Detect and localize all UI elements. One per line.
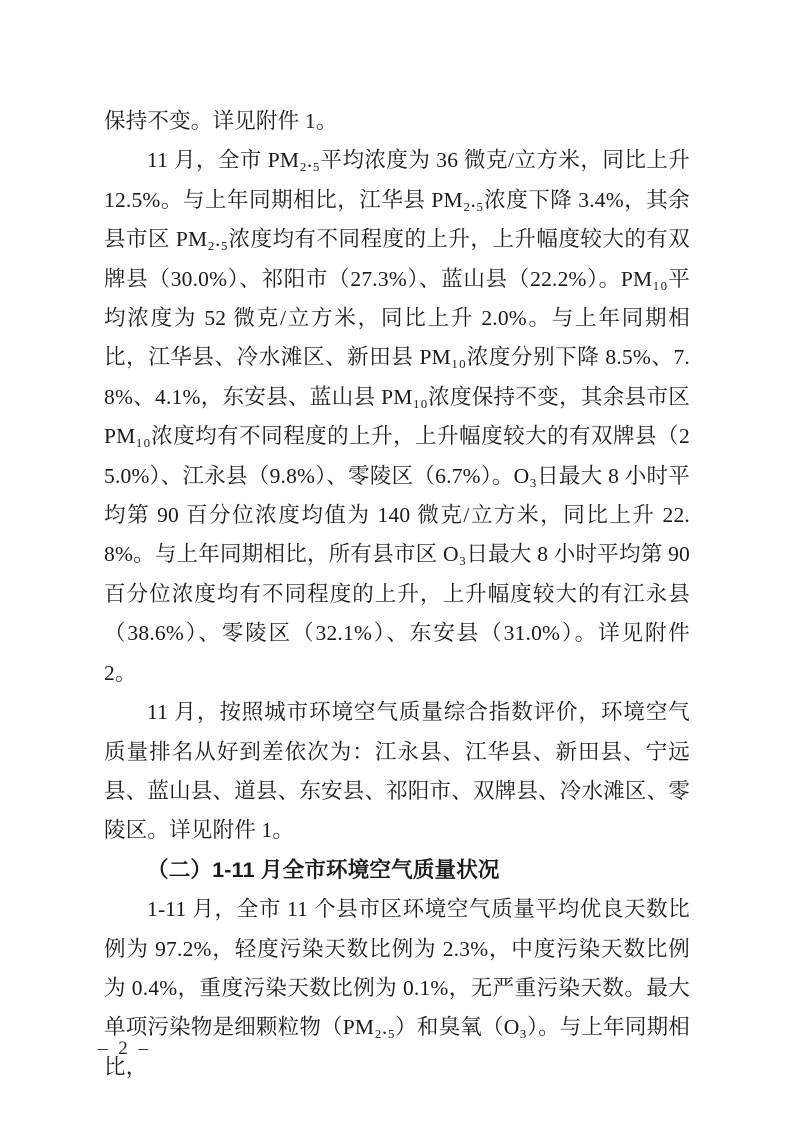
page-footer: – 2 – — [98, 1038, 151, 1060]
document-body: 保持不变。详见附件 1。 11 月，全市 PM₂.₅平均浓度为 36 微克/立方… — [104, 102, 690, 1087]
paragraph-continuation: 保持不变。详见附件 1。 — [104, 102, 690, 141]
document-page: 保持不变。详见附件 1。 11 月，全市 PM₂.₅平均浓度为 36 微克/立方… — [0, 0, 793, 1122]
paragraph-november-concentrations: 11 月，全市 PM₂.₅平均浓度为 36 微克/立方米，同比上升 12.5%。… — [104, 141, 690, 693]
page-number: – 2 – — [98, 1038, 151, 1059]
paragraph-november-ranking: 11 月，按照城市环境空气质量综合指数评价，环境空气质量排名从好到差依次为：江永… — [104, 693, 690, 851]
section-heading: （二）1-11 月全市环境空气质量状况 — [104, 851, 690, 890]
paragraph-jan-nov-overview: 1-11 月，全市 11 个县市区环境空气质量平均优良天数比例为 97.2%，轻… — [104, 890, 690, 1087]
